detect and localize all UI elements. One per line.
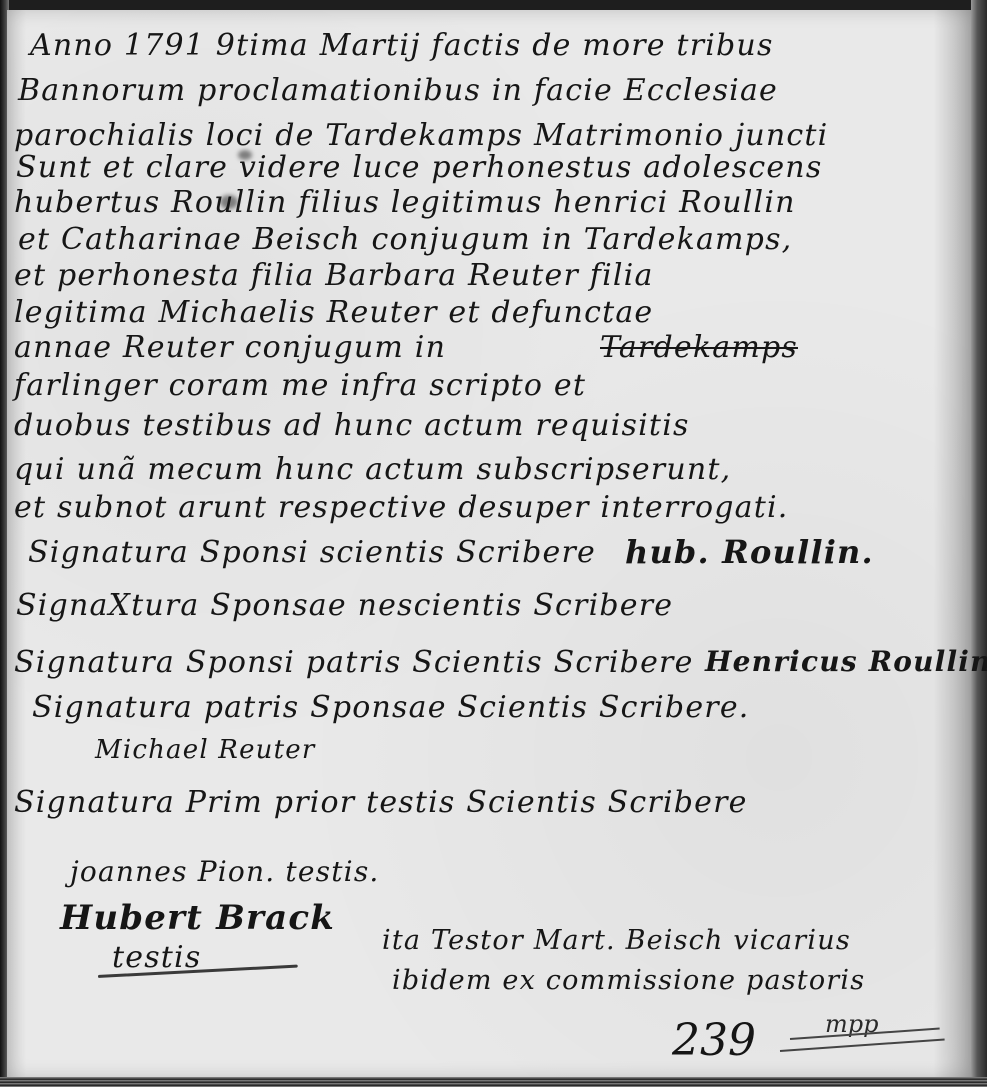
binding-edge-right — [971, 0, 987, 1087]
groom-father-signature-label: Signatura Sponsi patris Scientis Scriber… — [14, 645, 694, 680]
record-line-11: duobus testibus ad hunc actum requisitis — [14, 408, 690, 443]
page-bottom-edge — [0, 1077, 987, 1087]
struck-through-word: Tardekamps — [600, 330, 798, 365]
bride-father-signature-label: Signatura patris Sponsae Scientis Scribe… — [32, 690, 750, 725]
record-line-3: parochialis loci de Tardekamps Matrimoni… — [14, 118, 828, 153]
record-line-4: Sunt et clare videre luce perhonestus ad… — [16, 150, 822, 185]
record-line-5: hubertus Roullin filius legitimus henric… — [14, 185, 796, 220]
folio-number: 239 — [672, 1015, 756, 1066]
groom-father-signature: Henricus Roullin. — [705, 645, 987, 678]
attestation-line-2: ibidem ex commissione pastoris — [392, 965, 865, 996]
record-line-1: Anno 1791 9tima Martij factis de more tr… — [30, 28, 774, 63]
first-witness-signature-label: Signatura Prim prior testis Scientis Scr… — [14, 785, 748, 820]
record-line-7: et perhonesta filia Barbara Reuter filia — [14, 258, 654, 293]
record-line-6: et Catharinae Beisch conjugum in Tardeka… — [18, 222, 792, 257]
record-line-8: legitima Michaelis Reuter et defunctae — [14, 295, 653, 330]
second-witness-signature: Hubert Brack — [60, 898, 335, 938]
record-line-13: et subnot arunt respective desuper inter… — [14, 490, 789, 525]
groom-signature-label: Signatura Sponsi scientis Scribere — [28, 535, 596, 570]
record-line-12: qui unã mecum hunc actum subscripserunt, — [14, 452, 731, 487]
record-line-2: Bannorum proclamationibus in facie Eccle… — [18, 73, 778, 108]
scanned-register-page: Anno 1791 9tima Martij factis de more tr… — [0, 0, 987, 1087]
bride-mark-label: SignaXtura Sponsae nescientis Scribere — [16, 588, 673, 623]
record-line-9: annae Reuter conjugum in — [14, 330, 446, 365]
attestation-line-1: ita Testor Mart. Beisch vicarius — [382, 925, 851, 956]
record-line-10: farlinger coram me infra scripto et — [14, 368, 586, 403]
bride-father-signature: Michael Reuter — [95, 735, 315, 765]
groom-signature: hub. Roullin. — [625, 533, 874, 571]
first-witness-signature: joannes Pion. testis. — [70, 855, 380, 888]
